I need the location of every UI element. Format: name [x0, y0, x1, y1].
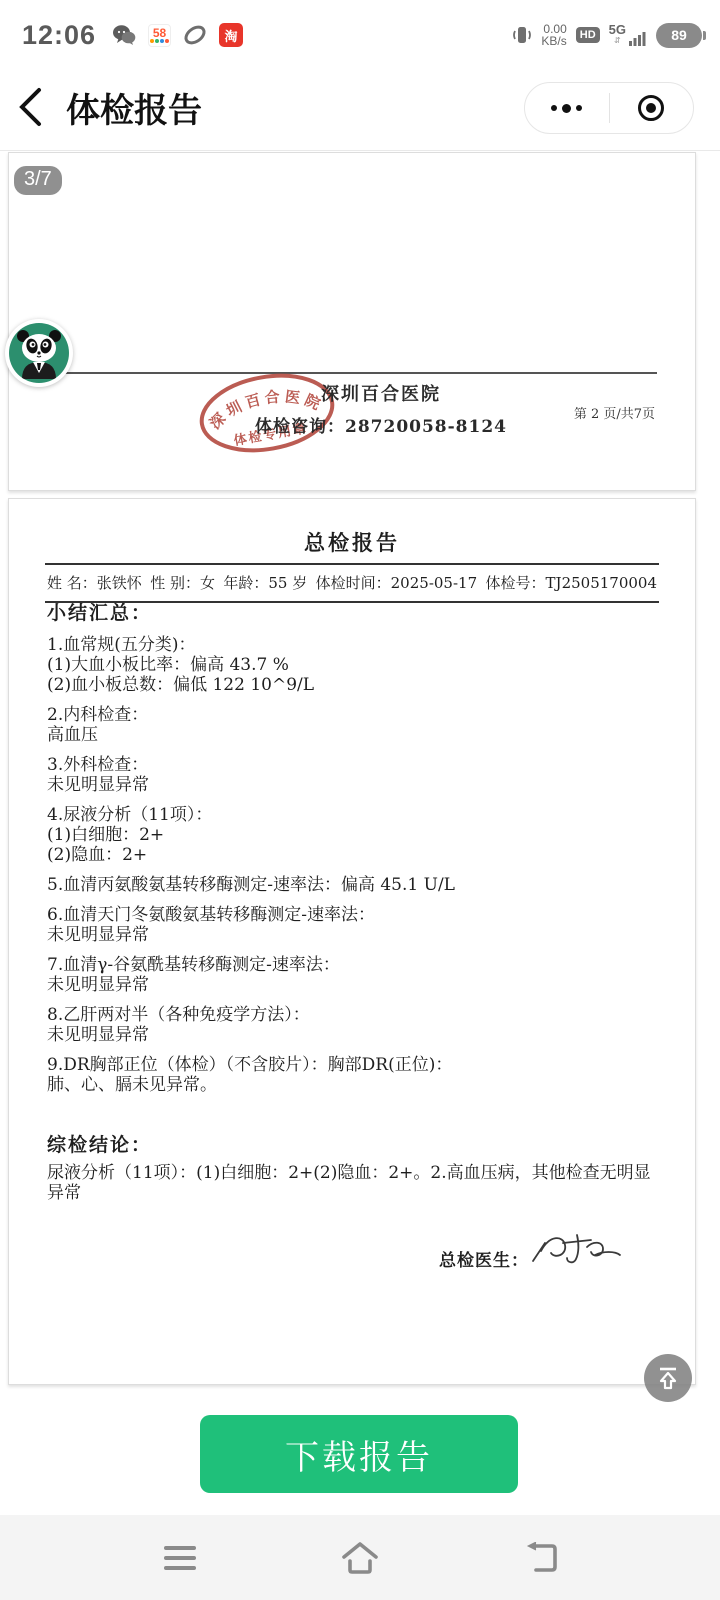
summary-line: (2)血小板总数：偏低 122 10^9/L: [47, 675, 667, 695]
status-right: 0.00 KB/s HD 5G⇵ 89: [512, 23, 702, 48]
hospital-name: 深圳百合医院: [251, 380, 511, 406]
summary-item: 5.血清丙氨酸氨基转移酶测定-速率法：偏高 45.1 U/L: [47, 875, 667, 895]
menu-icon: [162, 1543, 198, 1573]
exam-date: 体检时间：2025-05-17: [316, 572, 478, 593]
summary-item: 8.乙肝两对半（各种免疫学方法）：未见明显异常: [47, 1005, 667, 1045]
home-button[interactable]: [325, 1528, 395, 1588]
summary-line: 8.乙肝两对半（各种免疫学方法）：: [47, 1005, 667, 1025]
page-title: 体检报告: [66, 83, 202, 132]
summary-item: 1.血常规(五分类)：(1)大血小板比率：偏高 43.7 %(2)血小板总数：偏…: [47, 635, 667, 695]
taobao-icon: 淘: [219, 23, 243, 47]
home-icon: [341, 1541, 379, 1575]
summary-item: 9.DR胸部正位（体检）（不含胶片）：胸部DR(正位)：肺、心、膈未见异常。: [47, 1055, 667, 1095]
report-page-1[interactable]: 深圳百合医院 体检专用章 深圳百合医院 体检咨询：28720058-8124 第…: [8, 152, 696, 491]
download-report-button[interactable]: 下载报告: [200, 1415, 518, 1493]
summary-line: 未见明显异常: [47, 975, 667, 995]
summary-item: 2.内科检查：高血压: [47, 705, 667, 745]
summary-line: 高血压: [47, 725, 667, 745]
patient-name: 姓 名：张铁怀: [47, 572, 142, 593]
miniprogram-capsule: [524, 82, 694, 134]
wechat-icon: [112, 24, 136, 46]
panda-icon: [9, 323, 69, 383]
android-back-button[interactable]: [505, 1528, 575, 1588]
summary-line: 6.血清天门冬氨酸氨基转移酶测定-速率法：: [47, 905, 667, 925]
circle-dot-icon: [638, 95, 664, 121]
doctor-label: 总检医生：: [439, 1246, 529, 1271]
nav-bar: 体检报告: [0, 64, 720, 151]
summary-line: 未见明显异常: [47, 925, 667, 945]
hospital-contact: 体检咨询：28720058-8124: [251, 412, 511, 437]
browser-icon: [183, 23, 207, 47]
more-button[interactable]: [525, 83, 609, 133]
hospital-footer: 深圳百合医院 体检咨询：28720058-8124: [251, 380, 511, 437]
footer-divider: [23, 372, 657, 374]
summary-line: 4.尿液分析（11项）：: [47, 805, 667, 825]
page-indicator-badge: 3/7: [14, 166, 62, 195]
app-58-icon: 58: [148, 24, 171, 47]
recent-apps-button[interactable]: [145, 1528, 215, 1588]
conclusion-heading: 综检结论：: [47, 1135, 667, 1155]
battery-indicator: 89: [656, 23, 702, 48]
signal-indicator: 5G⇵: [609, 24, 647, 46]
signal-bars-icon: [629, 30, 647, 46]
patient-age: 年龄：55 岁: [223, 572, 307, 593]
assistant-avatar[interactable]: [5, 319, 73, 387]
close-button[interactable]: [610, 83, 694, 133]
screen: 12:06 58 淘: [0, 0, 720, 1600]
network-speed: 0.00 KB/s: [541, 23, 566, 47]
summary-line: (2)隐血：2+: [47, 845, 667, 865]
report-body: 小结汇总： 1.血常规(五分类)：(1)大血小板比率：偏高 43.7 %(2)血…: [47, 603, 667, 1203]
report-title: 总检报告: [9, 527, 695, 557]
summary-line: 3.外科检查：: [47, 755, 667, 775]
doctor-signature-block: 总检医生：: [439, 1229, 625, 1271]
hd-badge: HD: [576, 27, 600, 43]
summary-line: (1)白细胞：2+: [47, 825, 667, 845]
clock: 12:06: [22, 20, 96, 51]
summary-item: 3.外科检查：未见明显异常: [47, 755, 667, 795]
status-bar: 12:06 58 淘: [0, 0, 720, 64]
summary-heading: 小结汇总：: [47, 603, 667, 623]
patient-info-row: 姓 名：张铁怀 性 别：女 年龄：55 岁 体检时间：2025-05-17 体检…: [45, 563, 659, 603]
vibrate-icon: [512, 23, 532, 47]
android-nav-bar: [0, 1515, 720, 1600]
back-to-top-icon: [655, 1365, 681, 1391]
page-number-text: 第 2 页/共7页: [574, 403, 655, 422]
notification-icons: 58 淘: [112, 23, 512, 47]
summary-item: 6.血清天门冬氨酸氨基转移酶测定-速率法：未见明显异常: [47, 905, 667, 945]
doctor-signature-icon: [529, 1229, 625, 1271]
summary-line: 5.血清丙氨酸氨基转移酶测定-速率法：偏高 45.1 U/L: [47, 875, 667, 895]
back-button[interactable]: [0, 77, 60, 137]
summary-line: 1.血常规(五分类)：: [47, 635, 667, 655]
summary-list: 1.血常规(五分类)：(1)大血小板比率：偏高 43.7 %(2)血小板总数：偏…: [47, 635, 667, 1095]
back-chevron-icon: [17, 87, 43, 127]
scroll-to-top-button[interactable]: [644, 1354, 692, 1402]
report-page-2[interactable]: 总检报告 姓 名：张铁怀 性 别：女 年龄：55 岁 体检时间：2025-05-…: [8, 498, 696, 1385]
summary-line: (1)大血小板比率：偏高 43.7 %: [47, 655, 667, 675]
exam-id: 体检号：TJ2505170004: [486, 572, 657, 593]
return-icon: [522, 1542, 558, 1574]
summary-line: 未见明显异常: [47, 775, 667, 795]
more-dots-icon: [551, 104, 582, 113]
summary-line: 7.血清γ-谷氨酰基转移酶测定-速率法：: [47, 955, 667, 975]
summary-line: 2.内科检查：: [47, 705, 667, 725]
summary-item: 4.尿液分析（11项）：(1)白细胞：2+(2)隐血：2+: [47, 805, 667, 865]
summary-line: 9.DR胸部正位（体检）（不含胶片）：胸部DR(正位)：: [47, 1055, 667, 1075]
conclusion-text: 尿液分析（11项）：(1)白细胞：2+(2)隐血：2+。2.高血压病，其他检查无…: [47, 1163, 667, 1203]
summary-item: 7.血清γ-谷氨酰基转移酶测定-速率法：未见明显异常: [47, 955, 667, 995]
summary-line: 未见明显异常: [47, 1025, 667, 1045]
summary-line: 肺、心、膈未见异常。: [47, 1075, 667, 1095]
patient-gender: 性 别：女: [150, 572, 215, 593]
